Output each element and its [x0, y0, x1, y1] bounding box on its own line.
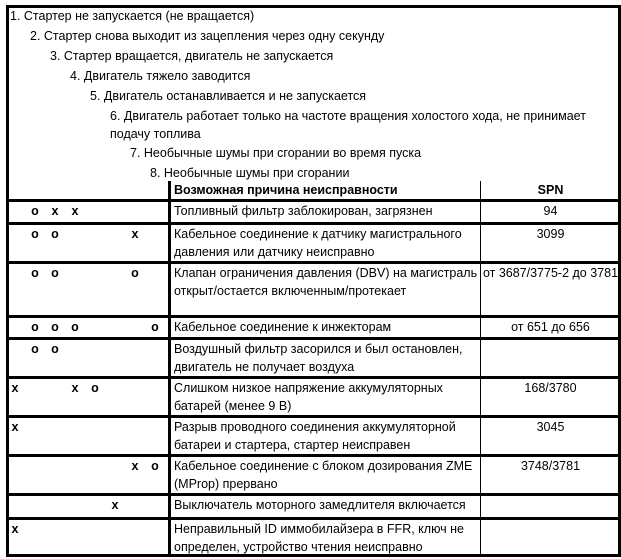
symptom-marks: oooo [6, 317, 170, 339]
spn-cell: от 651 до 656 [481, 317, 621, 339]
table-row: oooКлапан ограничения давления (DBV) на … [6, 263, 620, 317]
symptom-marks: ooo [6, 263, 170, 317]
symptom-2: 2. Стартер снова выходит из зацепления ч… [30, 29, 384, 44]
cause-cell: Выключатель моторного замедлителя включа… [170, 495, 481, 519]
table-row: xНеправильный ID иммобилайзера в FFR, кл… [6, 519, 620, 557]
symptom-6: 6. Двигатель работает только на частоте … [110, 109, 586, 124]
symptom-marks: xxo [6, 378, 170, 417]
mark-possible: o [30, 318, 40, 336]
mark-primary: x [70, 202, 80, 220]
table-row: ooooКабельное соединение к инжекторамот … [6, 317, 620, 339]
mark-primary: x [130, 225, 140, 243]
mark-primary: x [10, 520, 20, 538]
cause-cell: Топливный фильтр заблокирован, загрязнен [170, 201, 481, 224]
table-row: xxoСлишком низкое напряжение аккумулятор… [6, 378, 620, 417]
mark-possible: o [150, 457, 160, 475]
cause-cell: Разрыв проводного соединения аккумулятор… [170, 417, 481, 456]
spn-cell [481, 339, 621, 378]
spn-cell: 3045 [481, 417, 621, 456]
mark-possible: o [50, 340, 60, 358]
spn-header: SPN [481, 181, 621, 201]
mark-possible: o [150, 318, 160, 336]
symptom-6-continued: подачу топлива [110, 127, 201, 142]
mark-possible: o [70, 318, 80, 336]
symptom-marks: x [6, 417, 170, 456]
mark-primary: x [70, 379, 80, 397]
symptom-marks: x [6, 495, 170, 519]
cause-cell: Воздушный фильтр засорился и был останов… [170, 339, 481, 378]
mark-primary: x [10, 379, 20, 397]
symptom-5: 5. Двигатель останавливается и не запуск… [90, 89, 366, 104]
table-row: xoКабельное соединение с блоком дозирова… [6, 456, 620, 495]
spn-cell: 3099 [481, 224, 621, 263]
spn-cell: 94 [481, 201, 621, 224]
mark-primary: x [110, 496, 120, 514]
spn-cell: от 3687/3775-2 до 3781 [481, 263, 621, 317]
symptom-8: 8. Необычные шумы при сгорании [150, 166, 349, 181]
mark-possible: o [30, 225, 40, 243]
symptom-7: 7. Необычные шумы при сгорании во время … [130, 146, 421, 161]
mark-possible: o [130, 264, 140, 282]
table-row: xРазрыв проводного соединения аккумулято… [6, 417, 620, 456]
mark-possible: o [50, 225, 60, 243]
symptom-marks: xo [6, 456, 170, 495]
mark-possible: o [30, 202, 40, 220]
table-row: ooВоздушный фильтр засорился и был остан… [6, 339, 620, 378]
mark-possible: o [50, 264, 60, 282]
symptom-marks: x [6, 519, 170, 557]
mark-possible: o [50, 318, 60, 336]
fault-table: Возможная причина неисправности SPN oxxТ… [6, 181, 620, 557]
cause-cell: Кабельное соединение к датчику магистрал… [170, 224, 481, 263]
spn-cell: 168/3780 [481, 378, 621, 417]
marks-header [6, 181, 170, 201]
symptom-1: 1. Стартер не запускается (не вращается) [10, 9, 254, 24]
cause-cell: Неправильный ID иммобилайзера в FFR, клю… [170, 519, 481, 557]
spn-cell [481, 495, 621, 519]
cause-header: Возможная причина неисправности [170, 181, 481, 201]
mark-possible: o [30, 340, 40, 358]
mark-possible: o [90, 379, 100, 397]
symptom-4: 4. Двигатель тяжело заводится [70, 69, 250, 84]
symptom-3: 3. Стартер вращается, двигатель не запус… [50, 49, 333, 64]
cause-cell: Слишком низкое напряжение аккумуляторных… [170, 378, 481, 417]
cause-cell: Клапан ограничения давления (DBV) на маг… [170, 263, 481, 317]
table-row: oxxТопливный фильтр заблокирован, загряз… [6, 201, 620, 224]
table-header-row: Возможная причина неисправности SPN [6, 181, 620, 201]
table-row: xВыключатель моторного замедлителя включ… [6, 495, 620, 519]
symptom-marks: oox [6, 224, 170, 263]
spn-cell [481, 519, 621, 557]
symptom-marks: oxx [6, 201, 170, 224]
spn-cell: 3748/3781 [481, 456, 621, 495]
mark-primary: x [10, 418, 20, 436]
mark-primary: x [130, 457, 140, 475]
table-row: ooxКабельное соединение к датчику магист… [6, 224, 620, 263]
mark-possible: o [30, 264, 40, 282]
mark-primary: x [50, 202, 60, 220]
symptom-marks: oo [6, 339, 170, 378]
cause-cell: Кабельное соединение с блоком дозировани… [170, 456, 481, 495]
cause-cell: Кабельное соединение к инжекторам [170, 317, 481, 339]
